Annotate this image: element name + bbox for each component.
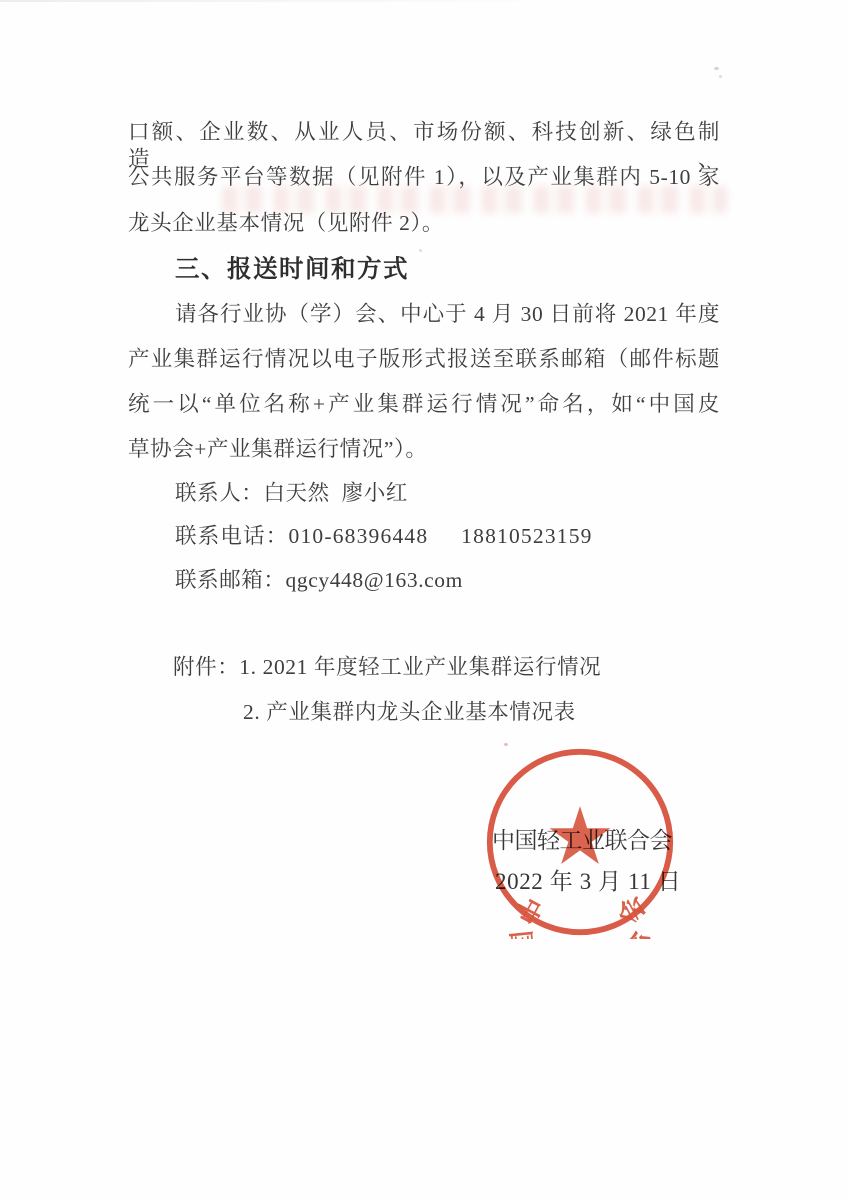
signature-date: 2022 年 3 月 11 日 xyxy=(495,868,681,895)
body-line-3: 龙头企业基本情况（见附件 2）。 xyxy=(128,210,444,237)
scanned-document-page: 口额、企业数、从业人员、市场份额、科技创新、绿色制造、 公共服务平台等数据（见附… xyxy=(0,0,848,1200)
body-line-6: 统一以“单位名称+产业集群运行情况”命名，如“中国皮 xyxy=(128,391,720,418)
scan-speck xyxy=(714,67,719,70)
body-line-4: 请各行业协（学）会、中心于 4 月 30 日前将 2021 年度 xyxy=(175,301,720,328)
svg-text:合: 合 xyxy=(622,929,654,939)
body-line-5: 产业集群运行情况以电子版形式报送至联系邮箱（邮件标题 xyxy=(128,346,720,373)
contact-email-line: 联系邮箱：qgcy448@163.com xyxy=(175,567,463,594)
ink-bleed-through-artifact xyxy=(222,186,727,213)
seal-ring-char: 合 xyxy=(622,929,654,939)
seal-ring-char: 国 xyxy=(505,929,536,939)
scan-speck xyxy=(719,75,722,78)
attachment-line-2: 2. 产业集群内龙头企业基本情况表 xyxy=(243,699,576,726)
contact-person-line: 联系人：白天然 廖小红 xyxy=(175,480,408,507)
scan-speck xyxy=(419,249,422,252)
attachment-line-1: 附件：1. 2021 年度轻工业产业集群运行情况 xyxy=(173,654,601,681)
contact-phone-line: 联系电话：010-68396448 18810523159 xyxy=(175,523,593,550)
scan-top-edge-artifact xyxy=(0,0,848,2)
body-line-7: 草协会+产业集群运行情况”）。 xyxy=(128,436,427,463)
signature-org: 中国轻工业联合会 xyxy=(492,827,672,854)
section-heading: 三、报送时间和方式 xyxy=(175,256,409,283)
svg-text:国: 国 xyxy=(505,929,536,939)
